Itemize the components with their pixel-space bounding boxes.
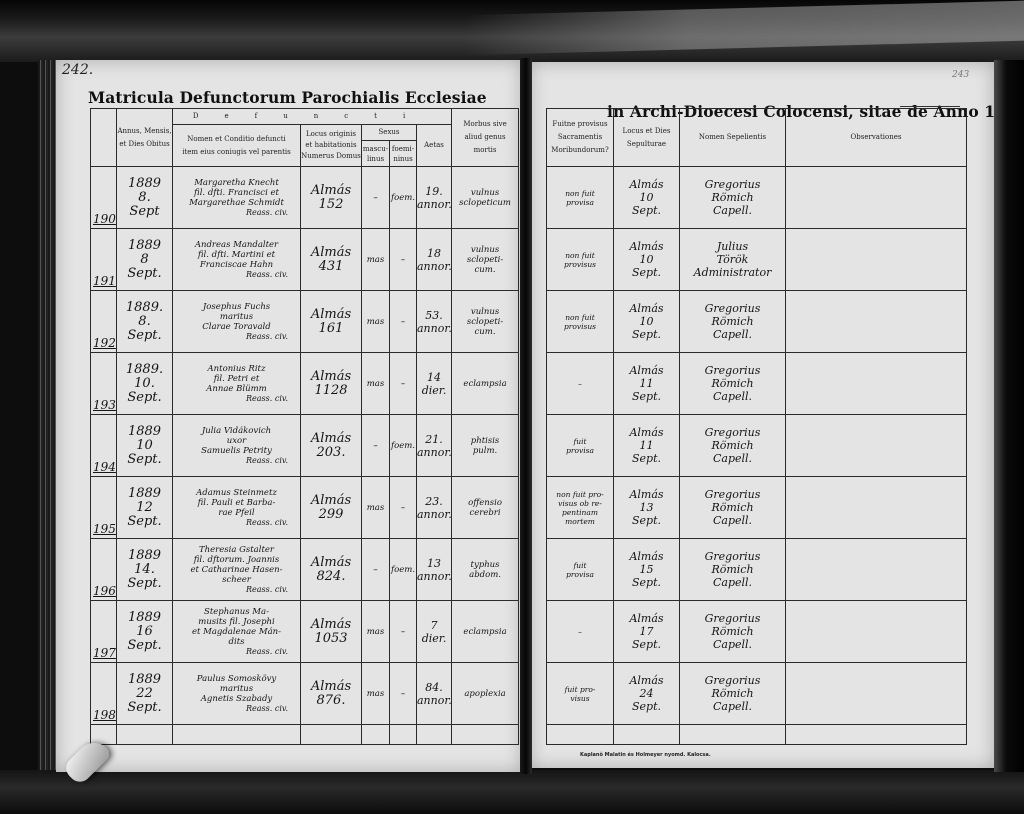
burial-cell: Almás 17 Sept. xyxy=(614,601,680,663)
sex-female-cell: – xyxy=(390,663,417,725)
cause-of-death: phtisis pulm. xyxy=(452,436,518,456)
locus-domus: Almás 299 xyxy=(301,494,361,522)
reassessment-note: Reass. civ. xyxy=(173,456,300,466)
empty-row xyxy=(547,725,967,745)
age: 7 dier. xyxy=(417,619,451,645)
sex-female: – xyxy=(390,689,416,699)
locus-domus: Almás 876. xyxy=(301,680,361,708)
table-row: non fuit provisusAlmás 10 Sept.Gregorius… xyxy=(547,291,967,353)
sex-male: mas xyxy=(362,379,389,389)
sex-female-cell: – xyxy=(390,353,417,415)
deceased-name: Andreas Mandalter fil. dfti. Martini et … xyxy=(173,240,300,270)
printer-imprint: Kaplanô Malatin és Holmeyer nyomd. Kaloc… xyxy=(580,752,711,758)
row-number: 198 xyxy=(93,708,116,722)
age: 53. annor. xyxy=(417,309,451,335)
officiant-cell: Gregorius Römich Capell. xyxy=(680,477,786,539)
table-row: non fuit provisusAlmás 10 Sept.Julius Tö… xyxy=(547,229,967,291)
age: 84. annor. xyxy=(417,681,451,707)
sacraments-cell: fuit provisa xyxy=(547,415,614,477)
sex-male-cell: mas xyxy=(362,477,390,539)
sex-male: mas xyxy=(362,255,389,265)
row-number-cell: 196 xyxy=(91,539,117,601)
officiant-name: Julius Török Administrator xyxy=(680,240,785,279)
deceased-name-cell: Julia Vidákovich uxor Samuelis PetrityRe… xyxy=(173,415,301,477)
locus-domus: Almás 431 xyxy=(301,246,361,274)
burial-cell: Almás 24 Sept. xyxy=(614,663,680,725)
deceased-name-cell: Antonius Ritz fil. Petri et Annae BlümmR… xyxy=(173,353,301,415)
left-page-number: 242. xyxy=(62,62,93,78)
observations-cell xyxy=(786,291,967,353)
deceased-name: Paulus Somoskövy maritus Agnetis Szabady xyxy=(173,674,300,704)
reassessment-note: Reass. civ. xyxy=(173,585,300,595)
sacraments-provided: fuit provisa xyxy=(547,437,613,455)
table-row: 1931889. 10. Sept.Antonius Ritz fil. Pet… xyxy=(91,353,519,415)
date-of-death: 1889 14. Sept. xyxy=(117,549,172,591)
burial-cell: Almás 11 Sept. xyxy=(614,415,680,477)
burial-cell: Almás 10 Sept. xyxy=(614,167,680,229)
header-nomen-conditio: Nomen et Conditio defuncti item eius con… xyxy=(173,125,301,167)
header-numerus-currens: Numerus Currens xyxy=(91,109,117,167)
burial-place-date: Almás 11 Sept. xyxy=(614,364,679,403)
date-of-death: 1889 12 Sept. xyxy=(117,487,172,529)
row-number-cell: 197 xyxy=(91,601,117,663)
age: 21. annor. xyxy=(417,433,451,459)
deceased-name: Josephus Fuchs maritus Clarae Toravald xyxy=(173,302,300,332)
row-number: 191 xyxy=(93,274,116,288)
sacraments-provided: fuit provisa xyxy=(547,561,613,579)
observations-cell xyxy=(786,601,967,663)
cause-of-death-cell: eclampsia xyxy=(452,601,519,663)
locus-cell: Almás 431 xyxy=(301,229,362,291)
age: 19. annor. xyxy=(417,185,451,211)
row-number-cell: 198 xyxy=(91,663,117,725)
sacraments-provided: – xyxy=(547,379,613,388)
row-number: 195 xyxy=(93,522,116,536)
row-number: 190 xyxy=(93,212,116,226)
date-of-death-cell: 1889 14. Sept. xyxy=(117,539,173,601)
locus-cell: Almás 1128 xyxy=(301,353,362,415)
table-row: 1921889. 8. Sept.Josephus Fuchs maritus … xyxy=(91,291,519,353)
observations-cell xyxy=(786,229,967,291)
sacraments-cell: non fuit provisus xyxy=(547,229,614,291)
cause-of-death: vulnus sclopeticum xyxy=(452,188,518,208)
sacraments-provided: non fuit pro- visus ob re- pentinam mort… xyxy=(547,490,613,526)
sex-male: – xyxy=(362,193,389,203)
header-defuncti: Defuncti xyxy=(173,109,452,125)
locus-cell: Almás 152 xyxy=(301,167,362,229)
sacraments-provided: non fuit provisus xyxy=(547,251,613,269)
sex-female: – xyxy=(390,503,416,513)
reassessment-note: Reass. civ. xyxy=(173,394,300,404)
sex-male-cell: mas xyxy=(362,291,390,353)
scanner-background-top xyxy=(0,0,1024,62)
officiant-cell: Gregorius Römich Capell. xyxy=(680,663,786,725)
sex-male: mas xyxy=(362,503,389,513)
officiant-name: Gregorius Römich Capell. xyxy=(680,178,785,217)
deceased-name: Stephanus Ma- musits fil. Josephi et Mag… xyxy=(173,607,300,647)
sex-male: mas xyxy=(362,627,389,637)
table-row: –Almás 17 Sept.Gregorius Römich Capell. xyxy=(547,601,967,663)
burial-place-date: Almás 17 Sept. xyxy=(614,612,679,651)
sex-male-cell: – xyxy=(362,415,390,477)
sex-female: foem. xyxy=(390,441,416,451)
table-row: 1901889 8. SeptMargaretha Knecht fil. df… xyxy=(91,167,519,229)
burial-place-date: Almás 13 Sept. xyxy=(614,488,679,527)
sex-male-cell: mas xyxy=(362,663,390,725)
deceased-name-cell: Margaretha Knecht fil. dfti. Francisci e… xyxy=(173,167,301,229)
observations-cell xyxy=(786,539,967,601)
header-foemininus: foemi- ninus xyxy=(390,141,417,167)
locus-domus: Almás 161 xyxy=(301,308,361,336)
scanner-background-bottom xyxy=(0,770,1024,814)
age-cell: 21. annor. xyxy=(417,415,452,477)
sacraments-provided: non fuit provisa xyxy=(547,189,613,207)
locus-domus: Almás 203. xyxy=(301,432,361,460)
table-row: 1981889 22 Sept.Paulus Somoskövy maritus… xyxy=(91,663,519,725)
burial-cell: Almás 10 Sept. xyxy=(614,229,680,291)
sex-female: – xyxy=(390,379,416,389)
cause-of-death-cell: apoplexia xyxy=(452,663,519,725)
death-register-table: Numerus Currens Annus, Mensis, et Dies O… xyxy=(90,108,519,745)
date-of-death-cell: 1889. 8. Sept. xyxy=(117,291,173,353)
deceased-name: Adamus Steinmetz fil. Pauli et Barba- ra… xyxy=(173,488,300,518)
cause-of-death-cell: vulnus sclopeti- cum. xyxy=(452,229,519,291)
reassessment-note: Reass. civ. xyxy=(173,518,300,528)
header-sacramentis: Fuitne provisus Sacramentis Moribundorum… xyxy=(547,109,614,167)
sacraments-cell: non fuit provisus xyxy=(547,291,614,353)
locus-domus: Almás 1128 xyxy=(301,370,361,398)
table-row: 1941889 10 Sept.Julia Vidákovich uxor Sa… xyxy=(91,415,519,477)
empty-row xyxy=(91,725,519,745)
sacraments-cell: fuit pro- visus xyxy=(547,663,614,725)
table-row: non fuit pro- visus ob re- pentinam mort… xyxy=(547,477,967,539)
row-number-cell: 190 xyxy=(91,167,117,229)
row-number: 197 xyxy=(93,646,116,660)
deceased-name-cell: Josephus Fuchs maritus Clarae ToravaldRe… xyxy=(173,291,301,353)
date-of-death-cell: 1889 10 Sept. xyxy=(117,415,173,477)
deceased-name-cell: Stephanus Ma- musits fil. Josephi et Mag… xyxy=(173,601,301,663)
table-row: non fuit provisaAlmás 10 Sept.Gregorius … xyxy=(547,167,967,229)
reassessment-note: Reass. civ. xyxy=(173,647,300,657)
date-of-death: 1889. 8. Sept. xyxy=(117,301,172,343)
officiant-cell: Gregorius Römich Capell. xyxy=(680,353,786,415)
sacraments-cell: – xyxy=(547,353,614,415)
locus-cell: Almás 876. xyxy=(301,663,362,725)
sex-male-cell: mas xyxy=(362,229,390,291)
sex-female: foem. xyxy=(390,193,416,203)
locus-domus: Almás 1053 xyxy=(301,618,361,646)
age: 18 annor. xyxy=(417,247,451,273)
officiant-cell: Gregorius Römich Capell. xyxy=(680,167,786,229)
officiant-name: Gregorius Römich Capell. xyxy=(680,364,785,403)
locus-cell: Almás 824. xyxy=(301,539,362,601)
burial-register-table: Fuitne provisus Sacramentis Moribundorum… xyxy=(546,108,967,745)
header-morbus: Morbus sive aliud genus mortis xyxy=(452,109,519,167)
reassessment-note: Reass. civ. xyxy=(173,332,300,342)
sex-female: – xyxy=(390,627,416,637)
age: 14 dier. xyxy=(417,371,451,397)
age-cell: 7 dier. xyxy=(417,601,452,663)
age: 13 annor. xyxy=(417,557,451,583)
cause-of-death-cell: vulnus sclopeti- cum. xyxy=(452,291,519,353)
officiant-cell: Gregorius Römich Capell. xyxy=(680,291,786,353)
sex-male-cell: mas xyxy=(362,601,390,663)
burial-place-date: Almás 11 Sept. xyxy=(614,426,679,465)
date-of-death: 1889 16 Sept. xyxy=(117,611,172,653)
row-number: 192 xyxy=(93,336,116,350)
burial-cell: Almás 11 Sept. xyxy=(614,353,680,415)
burial-place-date: Almás 24 Sept. xyxy=(614,674,679,713)
date-of-death-cell: 1889 12 Sept. xyxy=(117,477,173,539)
officiant-name: Gregorius Römich Capell. xyxy=(680,674,785,713)
locus-domus: Almás 824. xyxy=(301,556,361,584)
header-masculinus: mascu- linus xyxy=(362,141,390,167)
burial-cell: Almás 13 Sept. xyxy=(614,477,680,539)
sex-male: mas xyxy=(362,689,389,699)
officiant-cell: Gregorius Römich Capell. xyxy=(680,539,786,601)
officiant-name: Gregorius Römich Capell. xyxy=(680,302,785,341)
cause-of-death: vulnus sclopeti- cum. xyxy=(452,307,518,337)
burial-place-date: Almás 10 Sept. xyxy=(614,240,679,279)
burial-cell: Almás 15 Sept. xyxy=(614,539,680,601)
burial-place-date: Almás 10 Sept. xyxy=(614,302,679,341)
table-row: 1971889 16 Sept.Stephanus Ma- musits fil… xyxy=(91,601,519,663)
observations-cell xyxy=(786,167,967,229)
row-number: 193 xyxy=(93,398,116,412)
cause-of-death-cell: phtisis pulm. xyxy=(452,415,519,477)
header-annus-mensis-dies: Annus, Mensis, et Dies Obitus xyxy=(117,109,173,167)
sex-female-cell: – xyxy=(390,601,417,663)
table-row: fuit provisaAlmás 11 Sept.Gregorius Römi… xyxy=(547,415,967,477)
cause-of-death-cell: vulnus sclopeticum xyxy=(452,167,519,229)
row-number: 194 xyxy=(93,460,116,474)
table-row: 1911889 8 Sept.Andreas Mandalter fil. df… xyxy=(91,229,519,291)
burial-place-date: Almás 10 Sept. xyxy=(614,178,679,217)
sex-female: – xyxy=(390,317,416,327)
age-cell: 13 annor. xyxy=(417,539,452,601)
cause-of-death-cell: eclampsia xyxy=(452,353,519,415)
age-cell: 23. annor. xyxy=(417,477,452,539)
sex-female: – xyxy=(390,255,416,265)
date-of-death: 1889. 10. Sept. xyxy=(117,363,172,405)
sacraments-provided: – xyxy=(547,627,613,636)
burial-place-date: Almás 15 Sept. xyxy=(614,550,679,589)
observations-cell xyxy=(786,415,967,477)
sex-female-cell: – xyxy=(390,477,417,539)
age: 23. annor. xyxy=(417,495,451,521)
header-locus-originis: Locus originis et habitationis Numerus D… xyxy=(301,125,362,167)
deceased-name: Margaretha Knecht fil. dfti. Francisci e… xyxy=(173,178,300,208)
sacraments-provided: non fuit provisus xyxy=(547,313,613,331)
sex-male: – xyxy=(362,565,389,575)
deceased-name: Julia Vidákovich uxor Samuelis Petrity xyxy=(173,426,300,456)
cause-of-death-cell: typhus abdom. xyxy=(452,539,519,601)
table-row: fuit pro- visusAlmás 24 Sept.Gregorius R… xyxy=(547,663,967,725)
age-cell: 19. annor. xyxy=(417,167,452,229)
cause-of-death: eclampsia xyxy=(452,627,518,637)
cause-of-death: apoplexia xyxy=(452,689,518,699)
row-number-cell: 191 xyxy=(91,229,117,291)
table-row: fuit provisaAlmás 15 Sept.Gregorius Römi… xyxy=(547,539,967,601)
reassessment-note: Reass. civ. xyxy=(173,704,300,714)
officiant-name: Gregorius Römich Capell. xyxy=(680,550,785,589)
header-observationes: Observationes xyxy=(786,109,967,167)
officiant-name: Gregorius Römich Capell. xyxy=(680,612,785,651)
officiant-cell: Gregorius Römich Capell. xyxy=(680,601,786,663)
date-of-death: 1889 10 Sept. xyxy=(117,425,172,467)
date-of-death-cell: 1889 16 Sept. xyxy=(117,601,173,663)
date-of-death-cell: 1889 8 Sept. xyxy=(117,229,173,291)
locus-cell: Almás 1053 xyxy=(301,601,362,663)
deceased-name: Theresia Gstalter fil. dftorum. Joannis … xyxy=(173,545,300,585)
age-cell: 18 annor. xyxy=(417,229,452,291)
header-aetas: Aetas xyxy=(417,125,452,167)
header-sexus: Sexus xyxy=(362,125,417,141)
cause-of-death: vulnus sclopeti- cum. xyxy=(452,245,518,275)
reassessment-note: Reass. civ. xyxy=(173,270,300,280)
deceased-name-cell: Theresia Gstalter fil. dftorum. Joannis … xyxy=(173,539,301,601)
sacraments-cell: fuit provisa xyxy=(547,539,614,601)
table-row: 1951889 12 Sept.Adamus Steinmetz fil. Pa… xyxy=(91,477,519,539)
row-number: 196 xyxy=(93,584,116,598)
row-number-cell: 193 xyxy=(91,353,117,415)
date-of-death-cell: 1889 8. Sept xyxy=(117,167,173,229)
date-of-death-cell: 1889. 10. Sept. xyxy=(117,353,173,415)
officiant-name: Gregorius Römich Capell. xyxy=(680,488,785,527)
table-row: 1961889 14. Sept.Theresia Gstalter fil. … xyxy=(91,539,519,601)
date-of-death-cell: 1889 22 Sept. xyxy=(117,663,173,725)
deceased-name-cell: Andreas Mandalter fil. dfti. Martini et … xyxy=(173,229,301,291)
sex-female: foem. xyxy=(390,565,416,575)
sacraments-cell: – xyxy=(547,601,614,663)
cause-of-death: offensio cerebri xyxy=(452,498,518,518)
right-edge-shadow xyxy=(994,60,1024,772)
sex-female-cell: foem. xyxy=(390,167,417,229)
cause-of-death-cell: offensio cerebri xyxy=(452,477,519,539)
date-of-death: 1889 8. Sept xyxy=(117,177,172,219)
reassessment-note: Reass. civ. xyxy=(173,208,300,218)
row-number-cell: 192 xyxy=(91,291,117,353)
locus-cell: Almás 203. xyxy=(301,415,362,477)
cause-of-death: eclampsia xyxy=(452,379,518,389)
locus-domus: Almás 152 xyxy=(301,184,361,212)
row-number-cell: 195 xyxy=(91,477,117,539)
left-page-title: Matricula Defunctorum Parochialis Eccles… xyxy=(88,88,487,107)
sex-male-cell: – xyxy=(362,539,390,601)
age-cell: 53. annor. xyxy=(417,291,452,353)
sex-male: – xyxy=(362,441,389,451)
date-of-death: 1889 8 Sept. xyxy=(117,239,172,281)
sacraments-cell: non fuit provisa xyxy=(547,167,614,229)
age-cell: 84. annor. xyxy=(417,663,452,725)
sex-male-cell: – xyxy=(362,167,390,229)
observations-cell xyxy=(786,353,967,415)
sex-female-cell: foem. xyxy=(390,539,417,601)
locus-cell: Almás 299 xyxy=(301,477,362,539)
sex-male-cell: mas xyxy=(362,353,390,415)
sacraments-cell: non fuit pro- visus ob re- pentinam mort… xyxy=(547,477,614,539)
sex-female-cell: – xyxy=(390,229,417,291)
burial-cell: Almás 10 Sept. xyxy=(614,291,680,353)
sex-male: mas xyxy=(362,317,389,327)
header-locus-dies-sepulturae: Locus et Dies Sepulturae xyxy=(614,109,680,167)
deceased-name-cell: Adamus Steinmetz fil. Pauli et Barba- ra… xyxy=(173,477,301,539)
officiant-name: Gregorius Römich Capell. xyxy=(680,426,785,465)
deceased-name-cell: Paulus Somoskövy maritus Agnetis Szabady… xyxy=(173,663,301,725)
observations-cell xyxy=(786,663,967,725)
officiant-cell: Gregorius Römich Capell. xyxy=(680,415,786,477)
row-number-cell: 194 xyxy=(91,415,117,477)
book-gutter xyxy=(520,58,532,774)
locus-cell: Almás 161 xyxy=(301,291,362,353)
sex-female-cell: foem. xyxy=(390,415,417,477)
table-row: –Almás 11 Sept.Gregorius Römich Capell. xyxy=(547,353,967,415)
book-page-edges xyxy=(38,60,56,780)
observations-cell xyxy=(786,477,967,539)
deceased-name: Antonius Ritz fil. Petri et Annae Blümm xyxy=(173,364,300,394)
date-of-death: 1889 22 Sept. xyxy=(117,673,172,715)
right-page-number: 243 xyxy=(952,70,969,80)
cause-of-death: typhus abdom. xyxy=(452,560,518,580)
sacraments-provided: fuit pro- visus xyxy=(547,685,613,703)
officiant-cell: Julius Török Administrator xyxy=(680,229,786,291)
age-cell: 14 dier. xyxy=(417,353,452,415)
header-nomen-sepelientis: Nomen Sepelientis xyxy=(680,109,786,167)
sex-female-cell: – xyxy=(390,291,417,353)
